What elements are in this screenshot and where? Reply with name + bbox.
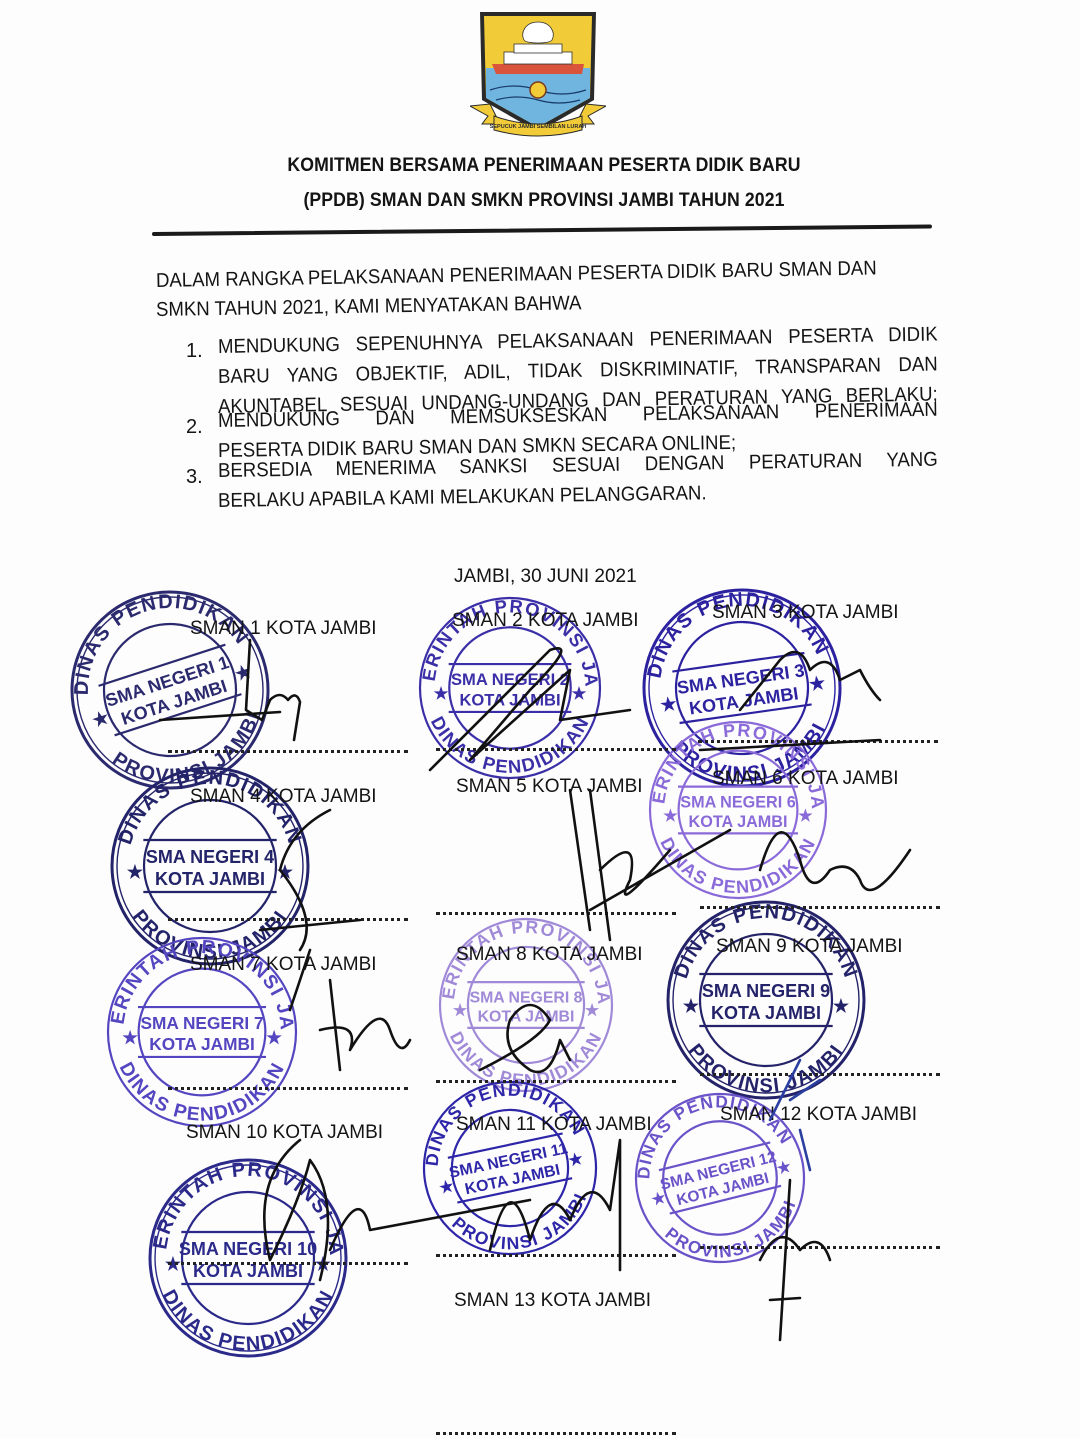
svg-text:KOTA JAMBI: KOTA JAMBI [711,1003,821,1023]
signatory-school-label: SMAN 3 KOTA JAMBI [712,602,899,624]
svg-text:★: ★ [127,862,144,882]
signature-line [436,1254,676,1257]
svg-text:★: ★ [572,684,588,703]
svg-text:★: ★ [833,996,850,1016]
signature-line [700,1246,940,1249]
svg-text:★: ★ [808,672,828,694]
list-number: 3. [186,466,203,489]
signature-line [168,750,408,753]
svg-text:★: ★ [683,996,700,1016]
svg-text:SMA NEGERI 8: SMA NEGERI 8 [470,989,583,1006]
document-title-line-1: KOMITMEN BERSAMA PENERIMAAN PESERTA DIDI… [42,155,1046,177]
signature-line [168,918,408,921]
svg-text:KOTA JAMBI: KOTA JAMBI [155,869,265,889]
svg-text:★: ★ [434,684,450,703]
signature-line [436,912,676,915]
svg-text:KOTA JAMBI: KOTA JAMBI [478,1009,575,1026]
svg-text:★: ★ [585,1003,600,1020]
signatory-school-label: SMAN 9 KOTA JAMBI [716,936,903,958]
signature-line [436,1432,676,1435]
school-stamp: PEMERINTAH PROVINSI JAMBIDINAS PENDIDIKA… [138,1148,358,1368]
signatory-school-label: SMAN 13 KOTA JAMBI [454,1290,651,1312]
svg-text:SMA NEGERI 4: SMA NEGERI 4 [146,847,274,867]
svg-text:★: ★ [266,1028,282,1048]
signatory-school-label: SMAN 12 KOTA JAMBI [720,1104,917,1126]
signatory-school-label: SMAN 5 KOTA JAMBI [456,776,643,798]
title-divider [152,225,932,236]
svg-text:SMA NEGERI 6: SMA NEGERI 6 [680,793,795,811]
signatory-school-label: SMAN 1 KOTA JAMBI [190,618,377,640]
signature-line [698,740,938,743]
school-stamp: DINAS PENDIDIKANPROVINSI JAMBI★★SMA NEGE… [656,890,876,1110]
signatory-school-label: SMAN 11 KOTA JAMBI [456,1114,652,1136]
svg-text:★: ★ [122,1028,138,1048]
svg-text:KOTA JAMBI: KOTA JAMBI [459,690,560,709]
svg-text:★: ★ [277,862,294,882]
svg-text:SMA NEGERI 9: SMA NEGERI 9 [702,981,830,1001]
signatory-school-label: SMAN 6 KOTA JAMBI [712,768,899,790]
list-item-line: BERLAKU APABILA KAMI MELAKUKAN PELANGGAR… [218,482,707,513]
list-item-line: MENDUKUNG SEPENUHNYA PELAKSANAAN PENERIM… [218,323,938,359]
svg-text:★: ★ [798,807,813,825]
svg-text:★: ★ [663,807,678,825]
signatory-school-label: SMAN 10 KOTA JAMBI [186,1122,383,1144]
signature-line [700,1073,940,1076]
signature-line [168,1262,408,1265]
signature-line [700,906,940,909]
svg-text:DINAS PENDIDIKAN: DINAS PENDIDIKAN [656,834,819,897]
signatory-school-label: SMAN 7 KOTA JAMBI [190,954,377,976]
list-number: 2. [186,416,203,439]
school-stamp: DINAS PENDIDIKANPROVINSI JAMBI★★SMA NEGE… [412,1070,608,1266]
svg-text:DINAS PENDIDIKAN: DINAS PENDIDIKAN [115,1059,290,1126]
svg-text:KOTA JAMBI: KOTA JAMBI [689,813,788,831]
svg-text:SEPUCUK JAMBI SEMBILAN LURAH: SEPUCUK JAMBI SEMBILAN LURAH [490,124,587,130]
intro-line-1: DALAM RANGKA PELAKSANAAN PENERIMAAN PESE… [156,257,878,293]
place-date: JAMBI, 30 JUNI 2021 [454,566,637,588]
list-item-line: BARU YANG OBJEKTIF, ADIL, TIDAK DISKRIMI… [218,353,938,389]
svg-text:DINAS PENDIDIKAN: DINAS PENDIDIKAN [427,713,593,777]
svg-text:KOTA JAMBI: KOTA JAMBI [149,1034,255,1054]
svg-text:SMA NEGERI 2: SMA NEGERI 2 [451,670,569,689]
signatory-school-label: SMAN 8 KOTA JAMBI [456,944,643,966]
signature-line [436,748,676,751]
svg-text:★: ★ [567,1150,585,1170]
svg-text:★: ★ [775,1158,793,1178]
signature-line [168,1087,408,1090]
svg-text:DINAS PENDIDIKAN: DINAS PENDIDIKAN [157,1286,338,1355]
signatory-school-label: SMAN 2 KOTA JAMBI [452,610,639,632]
svg-text:★: ★ [453,1003,468,1020]
signature-line [436,1080,676,1083]
svg-text:SMA NEGERI 10: SMA NEGERI 10 [179,1239,317,1259]
document-title-line-2: (PPDB) SMAN DAN SMKN PROVINSI JAMBI TAHU… [42,190,1046,212]
signatory-school-label: SMAN 4 KOTA JAMBI [190,786,377,808]
svg-text:SMA NEGERI 7: SMA NEGERI 7 [140,1013,263,1033]
intro-line-2: SMKN TAHUN 2021, KAMI MENYATAKAN BAHWA [156,292,582,322]
jambi-coat-of-arms-logo: SEPUCUK JAMBI SEMBILAN LURAH [470,8,606,138]
list-number: 1. [186,340,203,363]
